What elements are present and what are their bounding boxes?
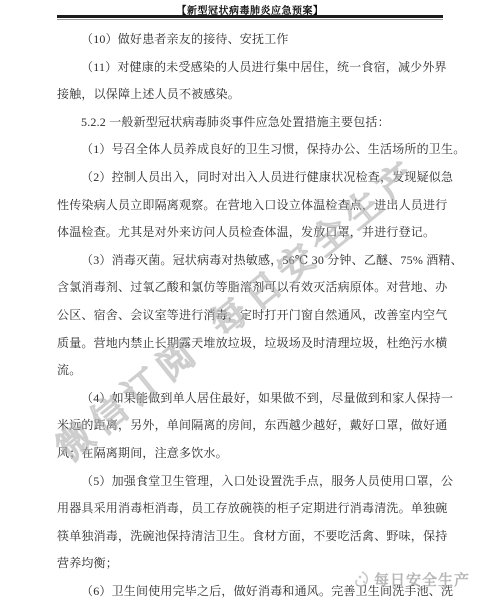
text-line: 米远的距离，另外，单间隔离的房间，东西越少越好，戴好口罩，做好通 [57,412,449,440]
text-line: 用器具采用消毒柜消毒，员工存放碗筷的柜子定期进行消毒清洗。单独碗 [57,495,449,523]
text-line: 质量。营地内禁止长期露天堆放垃圾，垃圾场及时清理垃圾，杜绝污水横 [57,330,449,358]
text-line: （4）如果能做到单人居住最好，如果做不到，尽量做到和家人保持一 [57,385,449,413]
text-line: （11）对健康的未受感染的人员进行集中居住，统一食宿，减少外界 [57,54,449,82]
text-line: （5）加强食堂卫生管理，入口处设置洗手点，服务人员使用口罩，公 [57,468,449,496]
header-rule-thick [57,15,443,18]
text-line: 含氯消毒剂、过氧乙酸和氯仿等脂溶剂可以有效灭活病原体。对营地、办 [57,274,449,302]
text-line: （2）控制人员出入，同时对出入人员进行健康状况检查，发现疑似急 [57,164,449,192]
header-rule-thin [57,19,443,20]
text-line: 体温检查。尤其是对外来访问人员检查体温，发放口罩，并进行登记。 [57,219,449,247]
text-line: （6）卫生间使用完毕之后，做好消毒和通风。完善卫生间洗手池、洗 [57,578,449,606]
text-line: （1）号召全体人员养成良好的卫生习惯，保持办公、生活场所的卫生。 [57,136,449,164]
text-line: 筷单独消毒，洗碗池保持清洁卫生。食材方面，不要吃活禽、野味，保持 [57,523,449,551]
text-line: 公区、宿舍、会议室等进行消毒，定时打开门窗自然通风，改善室内空气 [57,302,449,330]
text-line: 风；在隔离期间，注意多饮水。 [57,440,449,468]
text-line: 5.2.2 一般新型冠状病毒肺炎事件应急处置措施主要包括： [57,109,449,137]
text-line: （3）消毒灭菌。冠状病毒对热敏感，56℃ 30 分钟、乙醚、75% 酒精、 [57,247,449,275]
document-page: 【新型冠状病毒肺炎应急预案】 （10）做好患者亲友的接待、安抚工作（11）对健康… [0,0,500,606]
text-line: 流。 [57,357,449,385]
text-line: 接触，以保障上述人员不被感染。 [57,81,449,109]
header-rule [57,15,443,20]
text-line: 营养均衡； [57,550,449,578]
document-body: （10）做好患者亲友的接待、安抚工作（11）对健康的未受感染的人员进行集中居住，… [57,26,449,605]
text-line: 性传染病人员立即隔离观察。在营地入口设立体温检查点，进出人员进行 [57,192,449,220]
text-line: （10）做好患者亲友的接待、安抚工作 [57,26,449,54]
